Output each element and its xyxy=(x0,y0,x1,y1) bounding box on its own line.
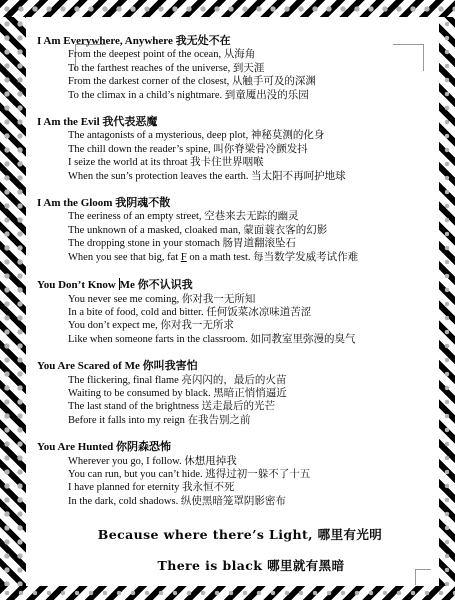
poem-footer: Because where there’s Light, 哪里有光明 There… xyxy=(37,525,429,574)
text-segment: To the farthest reaches of the universe,… xyxy=(68,63,264,74)
poem-line[interactable]: In the dark, cold shadows. 纵使黑暗笼罩阴影密布 xyxy=(37,495,429,508)
text-segment: The dropping stone in your stomach 肠胃道翻滚… xyxy=(68,238,296,249)
poem-stanzas: I Am Everywhere, Anywhere 我无处不在From the … xyxy=(37,35,429,508)
poem-line[interactable]: You never see me coming, 你对我一无所知 xyxy=(37,293,429,306)
text-segment: Like when someone farts in the classroom… xyxy=(68,334,356,345)
poem-stanza: I Am the Evil 我代表恶魔The antagonists of a … xyxy=(37,116,429,183)
text-segment: The antagonists of a mysterious, deep pl… xyxy=(68,130,324,141)
text-segment: Before it falls into my reign 在我告别之前 xyxy=(68,415,251,426)
page-art-border-top xyxy=(0,0,455,17)
text-segment: The eeriness of an empty street, 空巷来去无踪的… xyxy=(68,211,299,222)
poem-line[interactable]: Before it falls into my reign 在我告别之前 xyxy=(37,414,429,427)
stanza-title[interactable]: I Am Everywhere, Anywhere 我无处不在 xyxy=(37,35,429,48)
text-segment: I Am the Gloom 我阴魂不散 xyxy=(37,197,170,209)
poem-line[interactable]: You don’t expect me, 你对我一无所求 xyxy=(37,319,429,332)
text-segment: I have planned for eternity 我永恒不死 xyxy=(68,482,235,493)
text-segment: When you see that big, fat xyxy=(68,252,181,263)
stanza-title[interactable]: You Don’t Know Me 你不认识我 xyxy=(37,278,429,292)
poem-line[interactable]: The unknown of a masked, cloaked man, 蒙面… xyxy=(37,224,429,237)
text-segment: You Don’t Know xyxy=(37,279,119,291)
text-segment: The flickering, final flame 亮闪闪的，最后的火苗 xyxy=(68,375,286,386)
text-segment: From the deepest point of the ocean, 从海角 xyxy=(68,49,255,60)
poem-line[interactable]: I have planned for eternity 我永恒不死 xyxy=(37,481,429,494)
page-art-border-right xyxy=(439,17,455,586)
poem-line[interactable]: The last stand of the brightness 送走最后的光芒 xyxy=(37,400,429,413)
poem-line[interactable]: You can run, but you can’t hide. 逃得过初一躲不… xyxy=(37,468,429,481)
stanza-title[interactable]: You Are Hunted 你阴森恐怖 xyxy=(37,441,429,454)
text-segment: on a math test. 每当数学发威考试作难 xyxy=(187,252,359,263)
poem-line[interactable]: Waiting to be consumed by black. 黑暗正悄悄逼近 xyxy=(37,387,429,400)
poem-line[interactable]: Wherever you go, I follow. 休想甩掉我 xyxy=(37,455,429,468)
document-page[interactable]: I Am Everywhere, Anywhere 我无处不在From the … xyxy=(0,0,455,600)
text-segment: I seize the world at its throat 我卡住世界咽喉 xyxy=(68,157,264,168)
text-segment: Waiting to be consumed by black. 黑暗正悄悄逼近 xyxy=(68,388,287,399)
text-segment: The last stand of the brightness 送走最后的光芒 xyxy=(68,401,275,412)
page-art-border-left xyxy=(0,17,26,586)
poem-stanza: I Am the Gloom 我阴魂不散The eeriness of an e… xyxy=(37,197,429,264)
text-segment: The chill down the reader’s spine, 叫你脊梁骨… xyxy=(68,144,308,155)
footer-line-2[interactable]: There is black 哪里就有黑暗 xyxy=(51,556,429,574)
stanza-title[interactable]: I Am the Gloom 我阴魂不散 xyxy=(37,197,429,210)
poem-line[interactable]: I seize the world at its throat 我卡住世界咽喉 xyxy=(37,156,429,169)
poem-line[interactable]: From the darkest corner of the closest, … xyxy=(37,75,429,88)
text-segment: You Are Hunted 你阴森恐怖 xyxy=(37,441,171,453)
poem-line[interactable]: The chill down the reader’s spine, 叫你脊梁骨… xyxy=(37,143,429,156)
text-segment: You Are Scared of Me 你叫我害怕 xyxy=(37,360,198,372)
poem-line[interactable]: The eeriness of an empty street, 空巷来去无踪的… xyxy=(37,210,429,223)
poem-line[interactable]: In a bite of food, cold and bitter. 任何饭菜… xyxy=(37,306,429,319)
text-segment: In the dark, cold shadows. 纵使黑暗笼罩阴影密布 xyxy=(68,496,286,507)
text-segment: I Am the Evil 我代表恶魔 xyxy=(37,116,157,128)
poem-content: I Am Everywhere, Anywhere 我无处不在From the … xyxy=(37,35,429,574)
poem-line[interactable]: From the deepest point of the ocean, 从海角 xyxy=(37,48,429,61)
page-art-border-bottom xyxy=(0,586,455,600)
text-segment: You never see me coming, 你对我一无所知 xyxy=(68,294,255,305)
footer-line-1[interactable]: Because where there’s Light, 哪里有光明 xyxy=(51,525,429,543)
poem-line[interactable]: When the sun’s protection leaves the ear… xyxy=(37,170,429,183)
poem-line[interactable]: The dropping stone in your stomach 肠胃道翻滚… xyxy=(37,237,429,250)
text-segment: From the darkest corner of the closest, … xyxy=(68,76,316,87)
poem-line[interactable]: Like when someone farts in the classroom… xyxy=(37,333,429,346)
text-segment: You don’t expect me, 你对我一无所求 xyxy=(68,320,234,331)
poem-line[interactable]: To the farthest reaches of the universe,… xyxy=(37,62,429,75)
text-segment: The unknown of a masked, cloaked man, 蒙面… xyxy=(68,225,327,236)
text-segment: When the sun’s protection leaves the ear… xyxy=(68,171,346,182)
poem-stanza: You Are Scared of Me 你叫我害怕The flickering… xyxy=(37,360,429,427)
poem-stanza: I Am Everywhere, Anywhere 我无处不在From the … xyxy=(37,35,429,102)
poem-line[interactable]: To the climax in a child’s nightmare. 到童… xyxy=(37,89,429,102)
poem-stanza: You Don’t Know Me 你不认识我You never see me … xyxy=(37,278,429,346)
poem-line[interactable]: When you see that big, fat F on a math t… xyxy=(37,251,429,264)
stanza-title[interactable]: I Am the Evil 我代表恶魔 xyxy=(37,116,429,129)
text-segment: To the climax in a child’s nightmare. 到童… xyxy=(68,90,309,101)
poem-stanza: You Are Hunted 你阴森恐怖Wherever you go, I f… xyxy=(37,441,429,508)
text-segment: Wherever you go, I follow. 休想甩掉我 xyxy=(68,456,237,467)
text-segment: Me 你不认识我 xyxy=(120,279,193,291)
text-segment: You can run, but you can’t hide. 逃得过初一躲不… xyxy=(68,469,310,480)
poem-line[interactable]: The antagonists of a mysterious, deep pl… xyxy=(37,129,429,142)
text-segment: I Am Everywhere, Anywhere 我无处不在 xyxy=(37,35,231,47)
text-segment: In a bite of food, cold and bitter. 任何饭菜… xyxy=(68,307,311,318)
poem-line[interactable]: The flickering, final flame 亮闪闪的，最后的火苗 xyxy=(37,374,429,387)
stanza-title[interactable]: You Are Scared of Me 你叫我害怕 xyxy=(37,360,429,373)
